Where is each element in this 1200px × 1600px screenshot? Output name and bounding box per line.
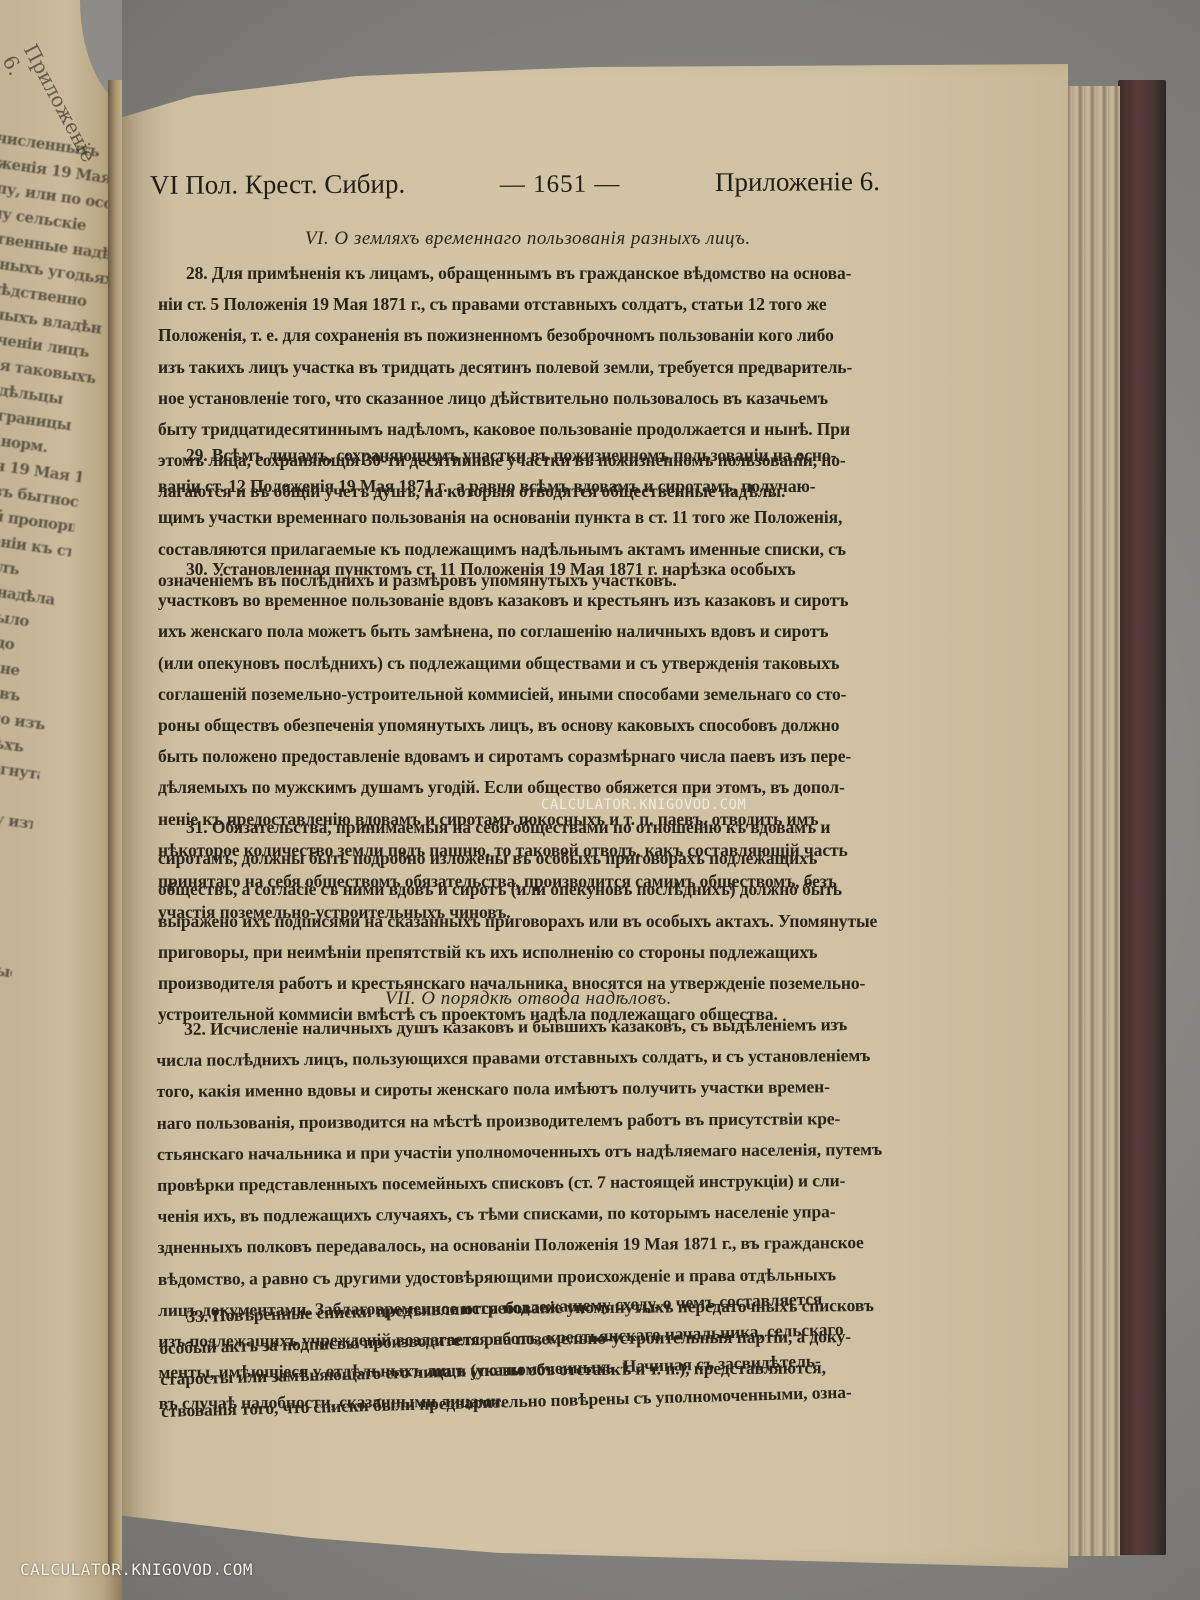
page-edges-stack bbox=[1060, 86, 1120, 1556]
paragraph-33: 33. Повѣренные списки предъявляются подл… bbox=[158, 1282, 891, 1427]
section-title-vi: VI. О земляхъ временнаго пользованія раз… bbox=[305, 228, 751, 250]
running-head-right: Приложенie 6. bbox=[715, 166, 880, 198]
running-head: VI Пол. Крест. Сибир. — 1651 — Приложенi… bbox=[150, 166, 880, 201]
left-page-text: перечисленныхъ Положенія 19 Мая 1871 г. … bbox=[0, 120, 122, 1010]
watermark-bottom: CALCULATOR.KNIGOVOD.COM bbox=[20, 1560, 253, 1579]
book-cover-edge bbox=[1118, 80, 1166, 1555]
left-facing-page: Приложенie 6. перечисленныхъ Положенія 1… bbox=[0, 0, 122, 1600]
page-number: — 1651 — bbox=[500, 170, 621, 199]
book-gutter bbox=[108, 80, 122, 1570]
running-head-left: VI Пол. Крест. Сибир. bbox=[150, 169, 405, 201]
section-title-vii: VII. О порядкѣ отвода надѣловъ. bbox=[385, 988, 672, 1010]
watermark-center: CALCULATOR.KNIGOVOD.COM bbox=[541, 797, 746, 813]
